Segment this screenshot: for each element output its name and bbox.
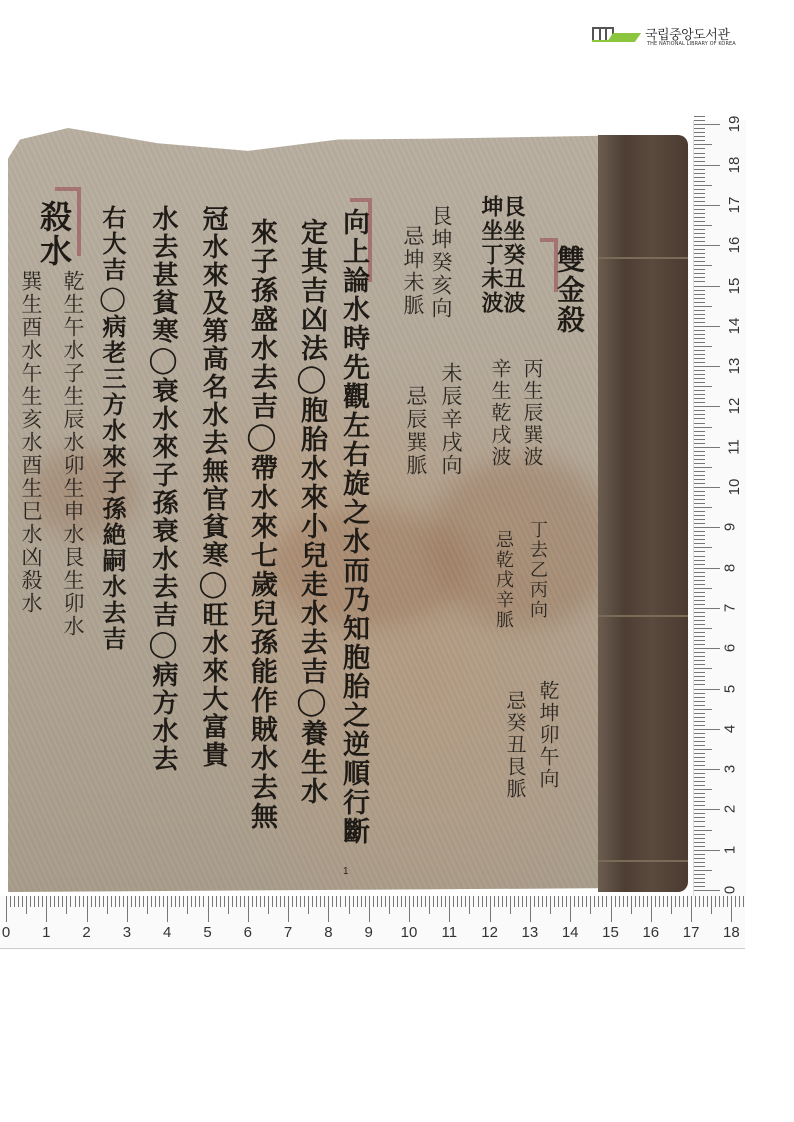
ruler-tick [643,896,644,907]
ruler-tick [694,237,705,238]
ruler-tick [635,896,636,907]
ruler-tick [694,398,705,399]
ruler-label: 6 [722,644,739,652]
ruler-tick [619,896,620,907]
ruler-tick [159,896,160,907]
ruler-tick [694,576,705,577]
ruler-tick [694,596,705,597]
ruler-tick [694,531,705,532]
logo-baseline [592,40,634,42]
ruler-tick [694,765,705,766]
ruler-tick [526,896,527,907]
ruler-tick [694,358,705,359]
ruler-tick [429,896,430,914]
ruler-tick [694,680,705,681]
ruler-tick [694,382,705,383]
ruler-tick [316,896,317,907]
ruler-tick [694,181,705,182]
ruler-tick [91,896,92,907]
ruler-tick [694,261,705,262]
ruler-tick [203,896,204,907]
ruler-tick [340,896,341,907]
ruler-tick [694,733,705,734]
ruler-tick [694,350,705,351]
ruler-tick [212,896,213,907]
ruler-tick [694,753,705,754]
ruler-tick [694,475,705,476]
ruler-tick [694,390,705,391]
ruler-tick [694,616,705,617]
ruler-tick [694,233,705,234]
ruler-tick [694,435,705,436]
ruler-tick [694,636,705,637]
ruler-tick [300,896,301,907]
ruler-tick [694,592,705,593]
ruler-tick [457,896,458,907]
ruler-tick [244,896,245,907]
ruler-tick [694,608,720,609]
ruler-label: 4 [163,924,171,941]
ruler-tick [498,896,499,907]
ruler-tick [694,697,705,698]
ruler-tick [694,197,705,198]
ruler-tick [694,322,705,323]
ruler-tick [95,896,96,907]
ruler-tick [534,896,535,907]
ruler-tick [694,495,705,496]
text-column: 辛生乾戌波 [490,358,510,468]
ruler-tick [694,821,705,822]
ruler-tick [694,394,705,395]
ruler-tick [694,572,705,573]
ruler-tick [691,896,692,922]
ruler-tick [336,896,337,907]
ruler-tick [6,896,7,922]
ruler-tick [421,896,422,907]
ruler-tick [506,896,507,907]
ruler-tick [694,556,705,557]
ruler-tick [155,896,156,907]
text-column: 殺水 [38,200,70,268]
ruler-tick [694,632,705,633]
ruler-tick [694,217,705,218]
ruler-tick [14,896,15,907]
ruler-tick [694,124,720,125]
ruler-label: 2 [722,805,739,813]
ruler-tick [694,414,705,415]
ruler-tick [163,896,164,907]
ruler-tick [453,896,454,907]
ruler-tick [417,896,418,907]
ruler-tick [397,896,398,907]
ruler-tick [546,896,547,907]
ruler-tick [694,539,705,540]
ruler-tick [694,193,705,194]
ruler-tick [694,479,705,480]
ruler-tick [694,286,720,287]
ruler-tick [694,813,705,814]
ruler-tick [694,370,705,371]
horizontal-ruler: 0123456789101112131415161718 [0,896,745,949]
water-stain [428,458,618,628]
ruler-tick [75,896,76,907]
ruler-tick [445,896,446,907]
ruler-tick [639,896,640,907]
ruler-tick [171,896,172,907]
ruler-tick [694,882,705,883]
ruler-tick [694,737,705,738]
ruler-label: 8 [324,924,332,941]
ruler-tick [694,483,705,484]
ruler-tick [694,862,705,863]
ruler-tick [694,471,705,472]
ruler-tick [365,896,366,907]
ruler-tick [694,846,705,847]
ruler-label: 5 [722,684,739,692]
ruler-tick [694,842,705,843]
ruler-tick [694,455,705,456]
ruler-tick [659,896,660,907]
ruler-tick [694,745,705,746]
ruler-tick [542,896,543,907]
ruler-tick [353,896,354,907]
ruler-tick [694,672,705,673]
ruler-tick [694,153,705,154]
ruler-tick [694,773,705,774]
ruler-tick [694,777,705,778]
ruler-tick [232,896,233,907]
ruler-tick [694,830,712,831]
ruler-tick [694,406,720,407]
ruler-tick [694,604,705,605]
ruler-tick [694,463,705,464]
ruler-tick [328,896,329,922]
ruler-tick [694,378,705,379]
ruler-tick [131,896,132,907]
ruler-tick [694,584,705,585]
ruler-label: 12 [481,924,498,941]
ruler-tick [694,144,712,145]
ruler-tick [482,896,483,907]
ruler-tick [655,896,656,907]
ruler-tick [694,826,705,827]
ruler-tick [694,729,720,730]
ruler-label: 18 [723,924,740,941]
spine-band [598,257,688,259]
ruler-tick [735,896,736,907]
ruler-tick [694,693,705,694]
ruler-label: 4 [722,725,739,733]
ruler-tick [694,543,705,544]
ruler-tick [694,817,705,818]
ruler-tick [694,535,705,536]
book-spine [598,135,688,892]
ruler-label: 3 [123,924,131,941]
ruler-label: 8 [722,563,739,571]
ruler-label: 14 [562,924,579,941]
ruler-tick [357,896,358,907]
ruler-tick [393,896,394,907]
ruler-tick [694,225,712,226]
ruler-tick [34,896,35,907]
ruler-tick [473,896,474,907]
ruler-tick [135,896,136,907]
ruler-tick [694,318,705,319]
text-column: 定其吉凶法◯胞胎水來小兒走水去吉◯養生水 [298,218,325,806]
ruler-tick [694,580,705,581]
ruler-tick [167,896,168,922]
ruler-tick [694,120,705,121]
ruler-label: 13 [522,924,539,941]
ruler-tick [694,568,720,569]
ruler-tick [46,896,47,922]
ruler-tick [191,896,192,907]
ruler-tick [694,467,712,468]
ruler-tick [694,241,705,242]
ruler-tick [62,896,63,907]
ruler-tick [308,896,309,914]
ruler-tick [292,896,293,907]
ruler-tick [256,896,257,907]
ruler-tick [663,896,664,907]
ruler-tick [694,136,705,137]
ruler-tick [405,896,406,907]
ruler-label: 15 [726,277,743,294]
ruler-tick [694,157,705,158]
ruler-tick [79,896,80,907]
ruler-tick [731,896,732,922]
ruler-tick [651,896,652,922]
national-library-of-korea-logo: 국립중앙도서관 THE NATIONAL LIBRARY OF KOREA [592,24,737,52]
ruler-label: 0 [2,924,10,941]
ruler-tick [441,896,442,907]
ruler-tick [578,896,579,907]
ruler-tick [50,896,51,907]
ruler-tick [111,896,112,907]
ruler-tick [143,896,144,907]
ruler-tick [694,229,705,230]
text-column: 向上論水時先觀左右旋之水而乃知胞胎之逆順行斷 [340,208,367,846]
ruler-tick [694,838,705,839]
ruler-tick [694,402,705,403]
text-column: 冠水來及第高名水去無官貧寒◯旺水來大富貴 [200,205,226,769]
ruler-tick [694,805,705,806]
ruler-tick [70,896,71,907]
ruler-tick [42,896,43,907]
ruler-tick [694,423,705,424]
ruler-tick [694,564,705,565]
ruler-tick [99,896,100,907]
ruler-tick [694,648,720,649]
ruler-tick [694,338,705,339]
ruler-tick [252,896,253,907]
ruler-tick [694,185,712,186]
ruler-tick [694,173,705,174]
ruler-tick [562,896,563,907]
ruler-tick [187,896,188,914]
ruler-tick [694,209,705,210]
ruler-tick [361,896,362,907]
ruler-tick [694,116,705,117]
ruler-label: 15 [602,924,619,941]
ruler-tick [694,705,705,706]
ruler-tick [631,896,632,914]
page-number: 1 [343,866,349,877]
ruler-tick [449,896,450,922]
ruler-tick [694,330,705,331]
ruler-tick [694,491,705,492]
ruler-tick [199,896,200,907]
ruler-tick [694,797,705,798]
spine-band [598,615,688,617]
ruler-tick [694,866,705,867]
ruler-tick [183,896,184,907]
ruler-tick [586,896,587,907]
ruler-label: 1 [722,846,739,854]
ruler-tick [694,298,705,299]
ruler-tick [26,896,27,914]
ruler-tick [260,896,261,907]
ruler-tick [538,896,539,907]
ruler-tick [694,660,705,661]
ruler-tick [694,418,705,419]
ruler-tick [694,523,705,524]
ruler-tick [381,896,382,907]
ruler-tick [695,896,696,907]
ruler-tick [510,896,511,914]
text-column: 右大吉◯病老三方水來子孫絶嗣水去吉 [100,205,124,652]
ruler-tick [694,624,705,625]
ruler-tick [694,177,705,178]
ruler-tick [694,290,705,291]
ruler-tick [694,346,712,347]
ruler-tick [694,809,720,810]
ruler-tick [694,886,705,887]
ruler-tick [276,896,277,907]
ruler-tick [694,294,705,295]
ruler-label: 2 [82,924,90,941]
ruler-tick [349,896,350,914]
text-column: 艮坐癸丑波 [502,195,524,315]
ruler-tick [694,511,705,512]
ruler-tick [743,896,744,907]
ruler-tick [694,265,712,266]
text-column: 乾坤卯午向 [538,680,558,790]
ruler-tick [288,896,289,922]
ruler-tick [694,890,720,891]
ruler-label: 19 [726,116,743,133]
ruler-tick [377,896,378,907]
ruler-label: 13 [726,358,743,375]
ruler-tick [694,560,705,561]
ruler-tick [694,640,705,641]
ruler-tick [514,896,515,907]
logo-english-text: THE NATIONAL LIBRARY OF KOREA [647,41,736,47]
ruler-tick [220,896,221,907]
ruler-tick [272,896,273,907]
ruler-tick [694,386,712,387]
ruler-tick [389,896,390,914]
ruler-label: 14 [726,317,743,334]
ruler-tick [694,249,705,250]
ruler-tick [694,374,705,375]
ruler-tick [694,362,705,363]
text-column: 艮坤癸亥向 [430,205,451,320]
ruler-tick [139,896,140,907]
ruler-tick [83,896,84,907]
ruler-tick [694,507,712,508]
ruler-tick [694,725,705,726]
ruler-tick [611,896,612,922]
ruler-tick [518,896,519,907]
ruler-label: 0 [722,886,739,894]
ruler-tick [694,213,705,214]
ruler-tick [694,519,705,520]
ruler-tick [554,896,555,907]
ruler-tick [694,527,720,528]
ruler-tick [494,896,495,907]
ruler-tick [216,896,217,907]
ruler-tick [280,896,281,907]
ruler-tick [694,713,705,714]
ruler-tick [478,896,479,907]
ruler-tick [703,896,704,907]
ruler-tick [87,896,88,922]
ruler-tick [296,896,297,907]
ruler-tick [694,878,705,879]
ruler-tick [694,253,705,254]
ruler-tick [671,896,672,914]
ruler-tick [486,896,487,907]
ruler-tick [694,741,705,742]
text-column: 水去甚貧寒◯衰水來子孫衰水去吉◯病方水去 [150,205,176,773]
ruler-label: 1 [42,924,50,941]
ruler-tick [694,221,705,222]
ruler-tick [694,189,705,190]
ruler-tick [465,896,466,907]
ruler-tick [694,451,705,452]
ruler-tick [425,896,426,907]
ruler-tick [694,273,705,274]
ruler-tick [667,896,668,907]
ruler-label: 16 [726,237,743,254]
ruler-label: 9 [722,523,739,531]
ruler-tick [694,749,712,750]
ruler-tick [694,761,705,762]
ruler-tick [694,620,705,621]
ruler-tick [123,896,124,907]
ruler-tick [615,896,616,907]
ruler-tick [208,896,209,922]
ruler-tick [694,314,705,315]
ruler-tick [623,896,624,907]
ruler-tick [694,439,705,440]
vertical-ruler: 012345678910111213141516171819 [693,120,746,896]
ruler-tick [224,896,225,907]
ruler-tick [22,896,23,907]
ruler-tick [18,896,19,907]
text-column: 未辰辛戌向 [440,362,461,477]
ruler-tick [694,281,705,282]
ruler-tick [694,269,705,270]
text-column: 坤坐丁未波 [480,195,502,315]
ruler-tick [54,896,55,907]
ruler-tick [694,306,712,307]
ruler-label: 10 [401,924,418,941]
ruler-tick [694,870,712,871]
ruler-tick [694,205,720,206]
text-column: 丙生辰巽波 [522,358,542,468]
